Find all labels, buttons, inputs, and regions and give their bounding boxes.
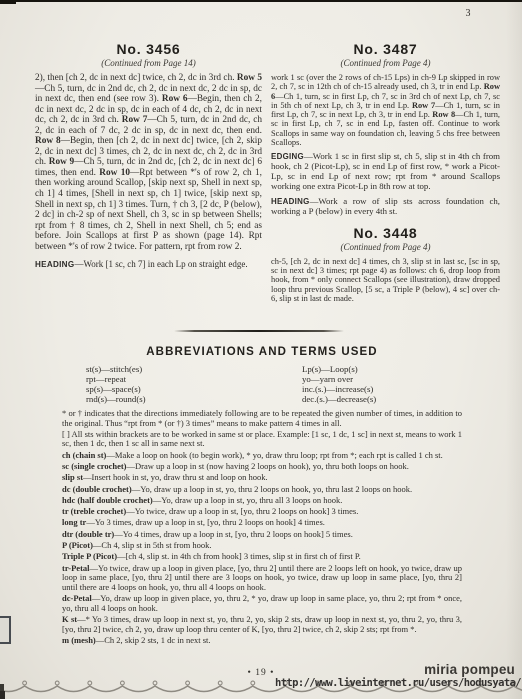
abbreviation-paragraphs: * or † indicates that the directions imm… (62, 409, 462, 645)
page-number: 3 (456, 8, 480, 19)
abbreviation-item: Lp(s)—Loop(s) (302, 364, 376, 374)
abbreviation-paragraph: hdc (half double crochet)—Yo, draw up a … (62, 496, 462, 506)
pattern-subtitle-3448: (Continued from Page 4) (271, 242, 500, 252)
abbreviation-item: rnd(s)—round(s) (86, 394, 146, 404)
abbreviation-list-left: st(s)—stitch(es) rpt—repeat sp(s)—space(… (86, 364, 146, 404)
scan-top-edge (0, 0, 522, 2)
abbreviation-paragraph: dtr (double tr)—Yo 4 times, draw up a lo… (62, 530, 462, 540)
abbreviation-paragraph: ch (chain st)—Make a loop on hook (to be… (62, 451, 462, 461)
abbreviation-paragraph: m (mesh)—Ch 2, skip 2 sts, 1 dc in next … (62, 636, 462, 646)
abbreviation-lists: st(s)—stitch(es) rpt—repeat sp(s)—space(… (62, 364, 462, 405)
abbreviation-item: yo—yarn over (302, 374, 376, 384)
abbreviation-item: rpt—repeat (86, 374, 146, 384)
pattern-title-3456: No. 3456 (35, 41, 262, 57)
abbreviation-paragraph: [ ] All sts within brackets are to be wo… (62, 430, 462, 449)
watermark-url: http://www.liveinternet.ru/users/hodusya… (275, 677, 521, 689)
watermark-author: miria pompeu (424, 662, 515, 677)
abbreviation-paragraph: dc (double crochet)—Yo, draw up a loop i… (62, 485, 462, 495)
pattern-body-3456: 2), then [ch 2, dc in next dc] twice, ch… (35, 73, 262, 252)
abbreviation-list-right: Lp(s)—Loop(s) yo—yarn over inc.(s.)—incr… (302, 364, 376, 404)
pattern-title-3487: No. 3487 (271, 41, 500, 57)
abbreviation-paragraph: K st—* Yo 3 times, draw up loop in next … (62, 615, 462, 634)
abbreviation-paragraph: tr (treble crochet)—Yo twice, draw up a … (62, 507, 462, 517)
abbreviation-paragraph: long tr—Yo 3 times, draw up a loop in st… (62, 518, 462, 528)
abbreviation-paragraph: sc (single crochet)—Draw up a loop in st… (62, 462, 462, 472)
section-divider (174, 330, 344, 332)
abbreviation-item: st(s)—stitch(es) (86, 364, 146, 374)
abbreviations-section: ABBREVIATIONS AND TERMS USED st(s)—stitc… (62, 346, 462, 647)
pattern-body-3487: work 1 sc (over the 2 rows of ch-15 Lps)… (271, 73, 500, 147)
heading-paragraph-3456: HEADING—Work [1 sc, ch 7] in each Lp on … (35, 259, 262, 270)
abbreviations-title: ABBREVIATIONS AND TERMS USED (62, 346, 462, 358)
pattern-column-right: No. 3487 (Continued from Page 4) work 1 … (271, 41, 500, 303)
abbreviation-paragraph: dc-Petal—Yo, draw up loop in given place… (62, 594, 462, 613)
abbreviation-paragraph: * or † indicates that the directions imm… (62, 409, 462, 428)
pattern-title-3448: No. 3448 (271, 225, 500, 241)
abbreviation-paragraph: tr-Petal—Yo twice, draw up a loop in giv… (62, 564, 462, 593)
abbreviation-paragraph: slip st—Insert hook in st, yo, draw thru… (62, 473, 462, 483)
scanned-page: 3 No. 3456 (Continued from Page 14) 2), … (0, 0, 522, 699)
abbreviation-item: sp(s)—space(s) (86, 384, 146, 394)
abbreviation-item: inc.(s.)—increase(s) (302, 384, 376, 394)
abbreviation-paragraph: Triple P (Picot)—[ch 4, slip st. in 4th … (62, 552, 462, 562)
abbreviation-item: dec.(s.)—decrease(s) (302, 394, 376, 404)
pattern-column-left: No. 3456 (Continued from Page 14) 2), th… (35, 41, 262, 271)
edging-paragraph-3487: EDGING—Work 1 sc in first slip st, ch 5,… (271, 152, 500, 192)
scan-corner-mark (0, 0, 16, 4)
binder-mark (0, 616, 11, 644)
heading-paragraph-3487: HEADING—Work a row of slip sts across fo… (271, 197, 500, 217)
pattern-subtitle-3487: (Continued from Page 4) (271, 58, 500, 68)
abbreviation-paragraph: P (Picot)—Ch 4, slip st in 5th st from h… (62, 541, 462, 551)
pattern-section-3448: No. 3448 (Continued from Page 4) ch-5, [… (271, 225, 500, 303)
pattern-subtitle-3456: (Continued from Page 14) (35, 58, 262, 68)
pattern-body-3448: ch-5, [ch 2, dc in next dc] 4 times, ch … (271, 257, 500, 303)
scan-corner-mark-bottom (0, 691, 5, 699)
page-edge-shade (506, 0, 522, 699)
